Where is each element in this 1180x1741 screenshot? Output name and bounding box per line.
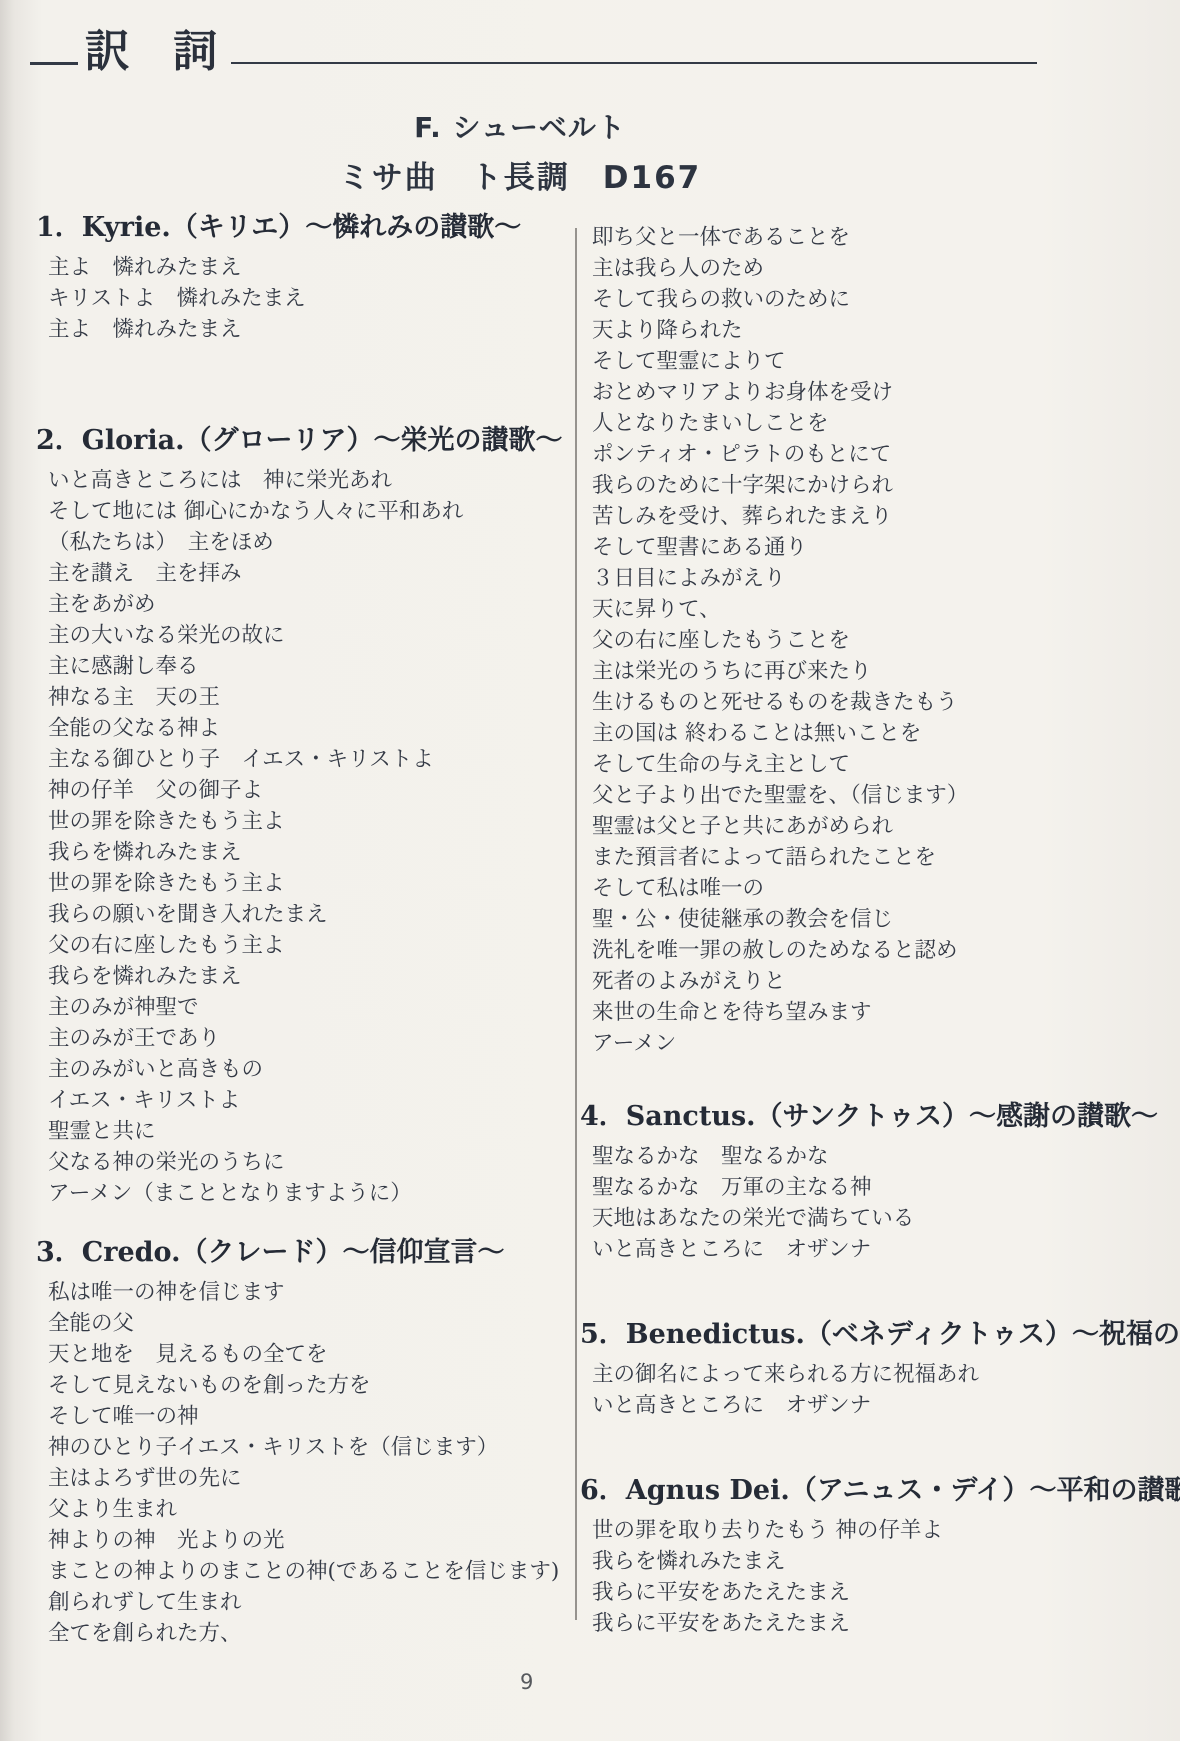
lyric-line: 主は我ら人のため (592, 253, 1155, 284)
lyric-line: 聖霊は父と子と共にあがめられ (592, 811, 1155, 842)
lyric-line: アーメン（まこととなりますように） (48, 1178, 571, 1209)
lyric-line: そして我らの救いのために (592, 284, 1155, 315)
lyric-section: 即ち父と一体であることを主は我ら人のためそして我らの救いのために天より降られたそ… (580, 222, 1155, 1059)
page-header-label: 訳 詞 (85, 26, 217, 79)
lyric-line: 即ち父と一体であることを (592, 222, 1155, 253)
section-heading: 6．Agnus Dei.（アニュス・デイ）～平和の讃歌～ (580, 1473, 1155, 1509)
lyric-line: （私たちは） 主をほめ (48, 527, 571, 558)
lyric-line: 人となりたまいしことを (592, 408, 1155, 439)
lyric-line: 死者のよみがえりと (592, 966, 1155, 997)
lyric-line: ３日目によみがえり (592, 563, 1155, 594)
lyric-line: 我らに平安をあたえたまえ (592, 1608, 1155, 1639)
lyric-section: 4．Sanctus.（サンクトゥス）～感謝の讃歌～聖なるかな 聖なるかな聖なるか… (580, 1099, 1155, 1265)
section-heading: 1．Kyrie.（キリエ）～憐れみの讃歌～ (36, 210, 571, 246)
composer-title: F. シューベルト (290, 106, 750, 146)
lyric-line: 主の御名によって来られる方に祝福あれ (592, 1359, 1155, 1390)
lyric-line: 父の右に座したもうことを (592, 625, 1155, 656)
lyric-line: そして私は唯一の (592, 873, 1155, 904)
lyric-line: 我らを憐れみたまえ (48, 961, 571, 992)
lyric-line: 我らに平安をあたえたまえ (592, 1577, 1155, 1608)
lyric-line: 聖なるかな 聖なるかな (592, 1141, 1155, 1172)
page-number: 9 (520, 1670, 533, 1694)
lyric-line: イエス・キリストよ (48, 1085, 571, 1116)
lyric-line: 主は栄光のうちに再び来たり (592, 656, 1155, 687)
lyric-line: 来世の生命とを待ち望みます (592, 997, 1155, 1028)
section-body: 世の罪を取り去りたもう 神の仔羊よ我らを憐れみたまえ我らに平安をあたえたまえ我ら… (580, 1515, 1155, 1639)
section-heading: 3．Credo.（クレード）～信仰宣言～ (36, 1235, 571, 1271)
lyric-line: 天地はあなたの栄光で満ちている (592, 1203, 1155, 1234)
lyric-line: キリストよ 憐れみたまえ (48, 283, 571, 314)
lyric-section: 1．Kyrie.（キリエ）～憐れみの讃歌～主よ 憐れみたまえキリストよ 憐れみた… (36, 210, 571, 345)
lyric-line: 聖・公・使徒継承の教会を信じ (592, 904, 1155, 935)
section-body: 聖なるかな 聖なるかな聖なるかな 万軍の主なる神天地はあなたの栄光で満ちているい… (580, 1141, 1155, 1265)
lyric-line: 神の仔羊 父の御子よ (48, 775, 571, 806)
lyric-line: 私は唯一の神を信じます (48, 1277, 571, 1308)
column-right: 即ち父と一体であることを主は我ら人のためそして我らの救いのために天より降られたそ… (580, 222, 1155, 1639)
lyric-line: 主の大いなる栄光の故に (48, 620, 571, 651)
lyric-line: そして聖書にある通り (592, 532, 1155, 563)
lyric-line: 全能の父 (48, 1308, 571, 1339)
lyric-section: 5．Benedictus.（ベネディクトゥス）～祝福の讃歌～主の御名によって来ら… (580, 1317, 1155, 1421)
lyric-line: 全能の父なる神よ (48, 713, 571, 744)
section-body: 私は唯一の神を信じます全能の父天と地を 見えるもの全てをそして見えないものを創っ… (36, 1277, 571, 1649)
lyric-line: 主のみがいと高きもの (48, 1054, 571, 1085)
section-heading: 2．Gloria.（グローリア）～栄光の讃歌～ (36, 423, 571, 459)
header-rule-left (30, 62, 78, 65)
lyric-line: 聖霊と共に (48, 1116, 571, 1147)
section-heading: 5．Benedictus.（ベネディクトゥス）～祝福の讃歌～ (580, 1317, 1155, 1353)
column-divider (575, 228, 577, 1620)
lyric-line: 神のひとり子イエス・キリストを（信じます） (48, 1432, 571, 1463)
lyric-line: 主のみが神聖で (48, 992, 571, 1023)
lyric-line: ポンティオ・ピラトのもとにて (592, 439, 1155, 470)
lyric-line: 我らを憐れみたまえ (592, 1546, 1155, 1577)
lyric-line: 世の罪を取り去りたもう 神の仔羊よ (592, 1515, 1155, 1546)
column-left: 1．Kyrie.（キリエ）～憐れみの讃歌～主よ 憐れみたまえキリストよ 憐れみた… (36, 210, 571, 1649)
lyric-section: 6．Agnus Dei.（アニュス・デイ）～平和の讃歌～世の罪を取り去りたもう … (580, 1473, 1155, 1639)
lyric-line: アーメン (592, 1028, 1155, 1059)
lyric-line: 苦しみを受け、葬られたまえり (592, 501, 1155, 532)
lyric-line: 主を讃え 主を拝み (48, 558, 571, 589)
section-heading: 4．Sanctus.（サンクトゥス）～感謝の讃歌～ (580, 1099, 1155, 1135)
lyric-line: 主の国は 終わることは無いことを (592, 718, 1155, 749)
lyric-line: そして見えないものを創った方を (48, 1370, 571, 1401)
lyric-line: 天に昇りて、 (592, 594, 1155, 625)
title-block: F. シューベルト ミサ曲 ト長調 D167 (290, 106, 750, 197)
work-title: ミサ曲 ト長調 D167 (290, 152, 750, 197)
lyric-line: 主なる御ひとり子 イエス・キリストよ (48, 744, 571, 775)
lyric-line: 洗礼を唯一罪の赦しのためなると認め (592, 935, 1155, 966)
lyric-line: 我らのために十字架にかけられ (592, 470, 1155, 501)
lyric-line: 我らを憐れみたまえ (48, 837, 571, 868)
lyric-line: おとめマリアよりお身体を受け (592, 377, 1155, 408)
lyric-line: そして生命の与え主として (592, 749, 1155, 780)
header-rule-right (231, 62, 1037, 64)
lyric-line: 父より生まれ (48, 1494, 571, 1525)
lyric-line: 神なる主 天の王 (48, 682, 571, 713)
lyric-line: そして地には 御心にかなう人々に平和あれ (48, 496, 571, 527)
lyric-line: いと高きところに オザンナ (592, 1390, 1155, 1421)
lyric-line: 我らの願いを聞き入れたまえ (48, 899, 571, 930)
lyric-line: 全てを創られた方、 (48, 1618, 571, 1649)
lyric-line: また預言者によって語られたことを (592, 842, 1155, 873)
scanned-page: 訳 詞 F. シューベルト ミサ曲 ト長調 D167 1．Kyrie.（キリエ）… (0, 0, 1180, 1741)
lyric-section: 2．Gloria.（グローリア）～栄光の讃歌～いと高きところには 神に栄光あれそ… (36, 423, 571, 1209)
lyric-line: 主よ 憐れみたまえ (48, 314, 571, 345)
lyric-line: 主よ 憐れみたまえ (48, 252, 571, 283)
lyric-line: 世の罪を除きたもう主よ (48, 868, 571, 899)
lyric-line: そして聖霊によりて (592, 346, 1155, 377)
lyric-line: まことの神よりのまことの神(であることを信じます) (48, 1556, 571, 1587)
lyric-line: 父の右に座したもう主よ (48, 930, 571, 961)
section-body: 主の御名によって来られる方に祝福あれいと高きところに オザンナ (580, 1359, 1155, 1421)
lyric-line: 世の罪を除きたもう主よ (48, 806, 571, 837)
lyric-line: 天と地を 見えるもの全てを (48, 1339, 571, 1370)
lyric-line: 主はよろず世の先に (48, 1463, 571, 1494)
lyric-line: 父と子より出でた聖霊を、（信じます） (592, 780, 1155, 811)
lyric-line: 父なる神の栄光のうちに (48, 1147, 571, 1178)
lyric-line: いと高きところに オザンナ (592, 1234, 1155, 1265)
section-body: いと高きところには 神に栄光あれそして地には 御心にかなう人々に平和あれ（私たち… (36, 465, 571, 1209)
section-body: 即ち父と一体であることを主は我ら人のためそして我らの救いのために天より降られたそ… (580, 222, 1155, 1059)
lyric-line: 創られずして生まれ (48, 1587, 571, 1618)
lyric-line: 天より降られた (592, 315, 1155, 346)
section-body: 主よ 憐れみたまえキリストよ 憐れみたまえ主よ 憐れみたまえ (36, 252, 571, 345)
lyric-section: 3．Credo.（クレード）～信仰宣言～私は唯一の神を信じます全能の父天と地を … (36, 1235, 571, 1649)
lyric-line: 生けるものと死せるものを裁きたもう (592, 687, 1155, 718)
lyric-line: そして唯一の神 (48, 1401, 571, 1432)
lyric-line: 主のみが王であり (48, 1023, 571, 1054)
lyric-line: 主に感謝し奉る (48, 651, 571, 682)
lyric-line: 神よりの神 光よりの光 (48, 1525, 571, 1556)
lyric-line: 聖なるかな 万軍の主なる神 (592, 1172, 1155, 1203)
lyric-line: いと高きところには 神に栄光あれ (48, 465, 571, 496)
lyric-line: 主をあがめ (48, 589, 571, 620)
